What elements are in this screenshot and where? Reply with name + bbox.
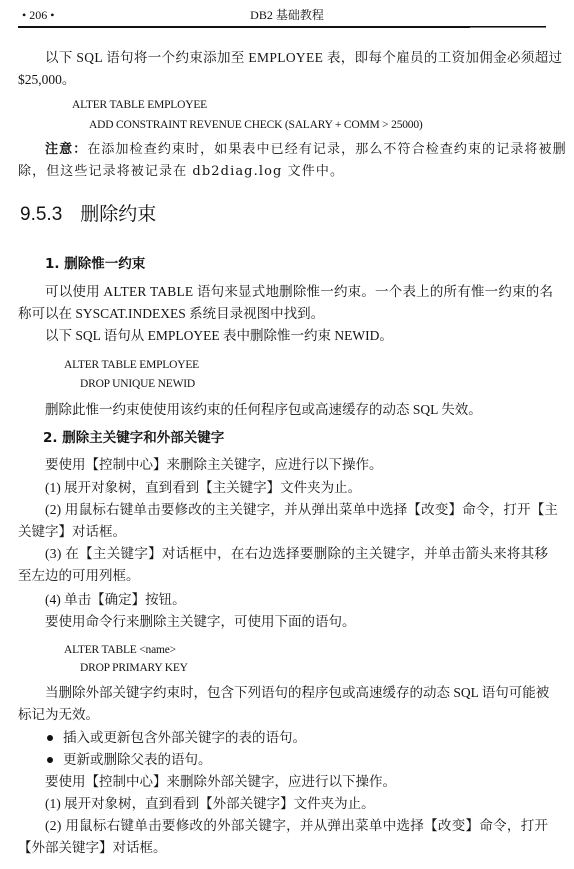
section-title: 删除约束 xyxy=(80,204,156,225)
paragraph-line: 以下 SQL 语句从 EMPLOYEE 表中删除惟一约束 NEWID。 xyxy=(45,329,393,343)
paragraph-line: 标记为无效。 xyxy=(18,708,99,722)
running-header-title: DB2 基础教程 xyxy=(0,9,574,21)
step-line: (1) 展开对象树，直到看到【主关键字】文件夹为止。 xyxy=(45,481,361,495)
paragraph-line: 删除此惟一约束使使用该约束的任何程序包或高速缓存的动态 SQL 失效。 xyxy=(45,403,482,417)
step-line: (2) 用鼠标右键单击要修改的外部关键字，并从弹出菜单中选择【改变】命令，打开 xyxy=(45,819,548,833)
step-line: 至左边的可用列框。 xyxy=(18,569,140,583)
step-line: (4) 单击【确定】按钮。 xyxy=(45,593,186,607)
paragraph-line: 要使用命令行来删除主关键字，可使用下面的语句。 xyxy=(45,615,356,629)
code-line: ALTER TABLE EMPLOYEE xyxy=(64,360,199,372)
note-label: 注意： xyxy=(45,142,87,157)
paragraph-line: 称可以在 SYSCAT.INDEXES 系统目录视图中找到。 xyxy=(18,307,324,321)
bullet-item: 更新或删除父表的语句。 xyxy=(47,753,212,767)
step-line: (3) 在【主关键字】对话框中，在右边选择要删除的主关键字，并单击箭头来将其移 xyxy=(45,547,548,561)
bullet-icon xyxy=(47,757,53,763)
bullet-item: 插入或更新包含外部关键字的表的语句。 xyxy=(47,731,306,745)
intro-line-2: $25,000。 xyxy=(18,73,75,87)
step-line: 【外部关键字】对话框。 xyxy=(18,841,167,855)
intro-line-1: 以下 SQL 语句将一个约束添加至 EMPLOYEE 表，即每个雇员的工资加佣金… xyxy=(45,51,562,65)
subsection-heading-2: 2. 删除主关键字和外部关键字 xyxy=(43,432,224,446)
subsection-heading-1: 1. 删除惟一约束 xyxy=(45,258,145,272)
note-line-1: 注意：在添加检查约束时，如果表中已经有记录，那么不符合检查约束的记录将被删 xyxy=(45,143,567,156)
paragraph-line: 要使用【控制中心】来删除外部关键字，应进行以下操作。 xyxy=(45,775,396,789)
paragraph-line: 要使用【控制中心】来删除主关键字，应进行以下操作。 xyxy=(45,458,383,472)
code-line: ADD CONSTRAINT REVENUE CHECK (SALARY + C… xyxy=(89,120,423,132)
section-number: 9.5.3 xyxy=(20,204,62,225)
paragraph-line: 当删除外部关键字约束时，包含下列语句的程序包或高速缓存的动态 SQL 语句可能被 xyxy=(45,686,549,700)
code-line: ALTER TABLE <name> xyxy=(64,645,176,657)
step-line: (2) 用鼠标右键单击要修改的主关键字，并从弹出菜单中选择【改变】命令，打开【主 xyxy=(45,503,558,517)
header-rule-faint xyxy=(470,27,546,28)
section-heading: 9.5.3删除约束 xyxy=(20,205,156,224)
step-line: (1) 展开对象树，直到看到【外部关键字】文件夹为止。 xyxy=(45,797,375,811)
note-text: 在添加检查约束时，如果表中已经有记录，那么不符合检查约束的记录将被删 xyxy=(87,142,566,157)
code-line: DROP PRIMARY KEY xyxy=(80,663,188,675)
header-rule xyxy=(18,26,546,28)
code-line: DROP UNIQUE NEWID xyxy=(80,379,195,391)
paragraph-line: 可以使用 ALTER TABLE 语句来显式地删除惟一约束。一个表上的所有惟一约… xyxy=(45,285,553,299)
note-line-2: 除，但这些记录将被记录在 db2diag.log 文件中。 xyxy=(18,165,344,178)
step-line: 关键字】对话框。 xyxy=(18,525,126,539)
bullet-icon xyxy=(47,735,53,741)
code-line: ALTER TABLE EMPLOYEE xyxy=(72,100,207,112)
